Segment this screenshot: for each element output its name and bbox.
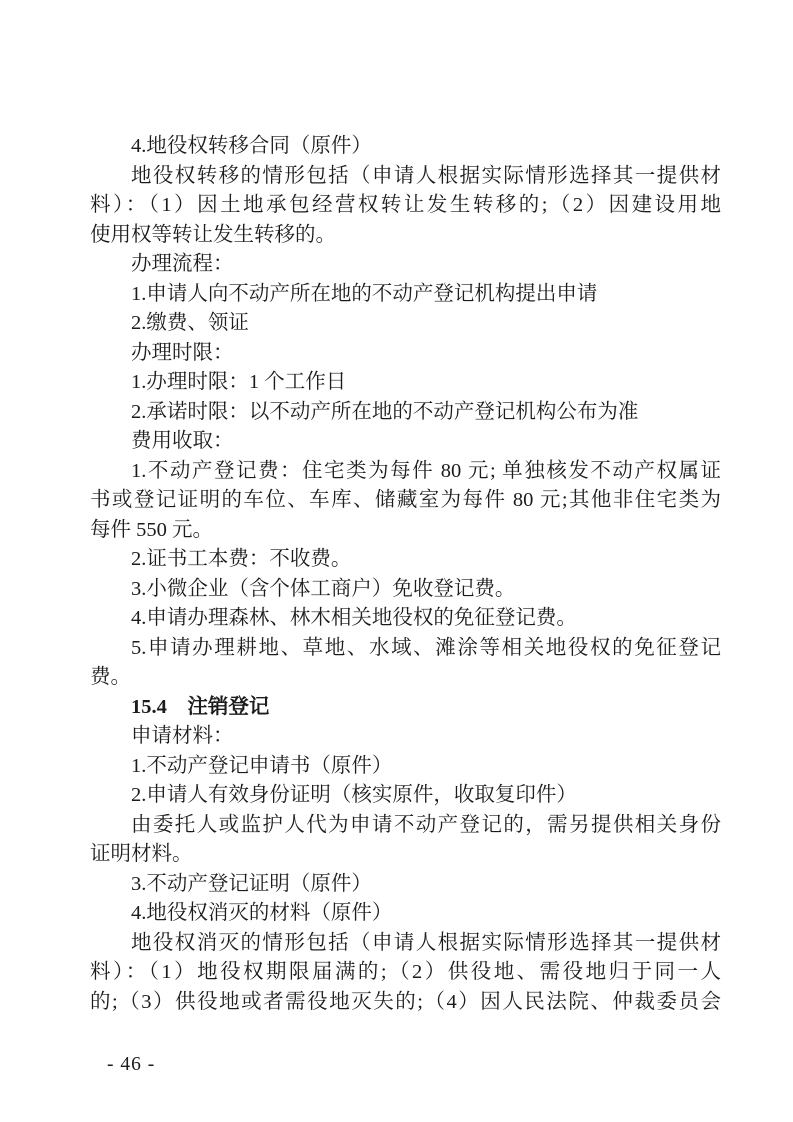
text-line: 由委托人或监护人代为申请不动产登记的，需另提供相关身份: [90, 811, 721, 841]
text-line: 1.不动产登记申请书（原件）: [90, 752, 721, 782]
text-line: 办理流程：: [90, 250, 721, 280]
text-line: 办理时限：: [90, 339, 721, 369]
document-body-text: 4.地役权转移合同（原件）地役权转移的情形包括（申请人根据实际情形选择其一提供材…: [90, 132, 721, 1017]
text-line: 地役权转移的情形包括（申请人根据实际情形选择其一提供材: [90, 162, 721, 192]
page-number: - 46 -: [107, 1052, 155, 1078]
text-line: 的;（3）供役地或者需役地灭失的;（4）因人民法院、仲裁委员会: [90, 988, 721, 1018]
text-line: 1.办理时限：1 个工作日: [90, 368, 721, 398]
document-page: 4.地役权转移合同（原件）地役权转移的情形包括（申请人根据实际情形选择其一提供材…: [0, 0, 793, 1122]
text-line: 料）：（1）因土地承包经营权转让发生转移的;（2）因建设用地: [90, 191, 721, 221]
text-line: 3.小微企业（含个体工商户）免收登记费。: [90, 575, 721, 605]
text-line: 5.申请办理耕地、草地、水域、滩涂等相关地役权的免征登记: [90, 634, 721, 664]
text-line: 1.不动产登记费：住宅类为每件 80 元; 单独核发不动产权属证: [90, 457, 721, 487]
text-line: 使用权等转让发生转移的。: [90, 221, 721, 251]
text-line: 4.地役权消灭的材料（原件）: [90, 899, 721, 929]
text-line: 每件 550 元。: [90, 516, 721, 546]
text-line: 2.申请人有效身份证明（核实原件，收取复印件）: [90, 781, 721, 811]
text-line: 证明材料。: [90, 840, 721, 870]
text-line: 2.承诺时限：以不动产所在地的不动产登记机构公布为准: [90, 398, 721, 428]
text-line: 2.证书工本费：不收费。: [90, 545, 721, 575]
section-heading: 15.4 注销登记: [90, 693, 721, 723]
text-line: 地役权消灭的情形包括（申请人根据实际情形选择其一提供材: [90, 929, 721, 959]
text-line: 4.申请办理森林、林木相关地役权的免征登记费。: [90, 604, 721, 634]
text-line: 4.地役权转移合同（原件）: [90, 132, 721, 162]
text-line: 书或登记证明的车位、车库、储藏室为每件 80 元;其他非住宅类为: [90, 486, 721, 516]
text-line: 费。: [90, 663, 721, 693]
text-line: 费用收取：: [90, 427, 721, 457]
text-line: 申请材料：: [90, 722, 721, 752]
text-line: 1.申请人向不动产所在地的不动产登记机构提出申请: [90, 280, 721, 310]
text-line: 2.缴费、领证: [90, 309, 721, 339]
text-line: 料）：（1）地役权期限届满的;（2）供役地、需役地归于同一人: [90, 958, 721, 988]
text-line: 3.不动产登记证明（原件）: [90, 870, 721, 900]
